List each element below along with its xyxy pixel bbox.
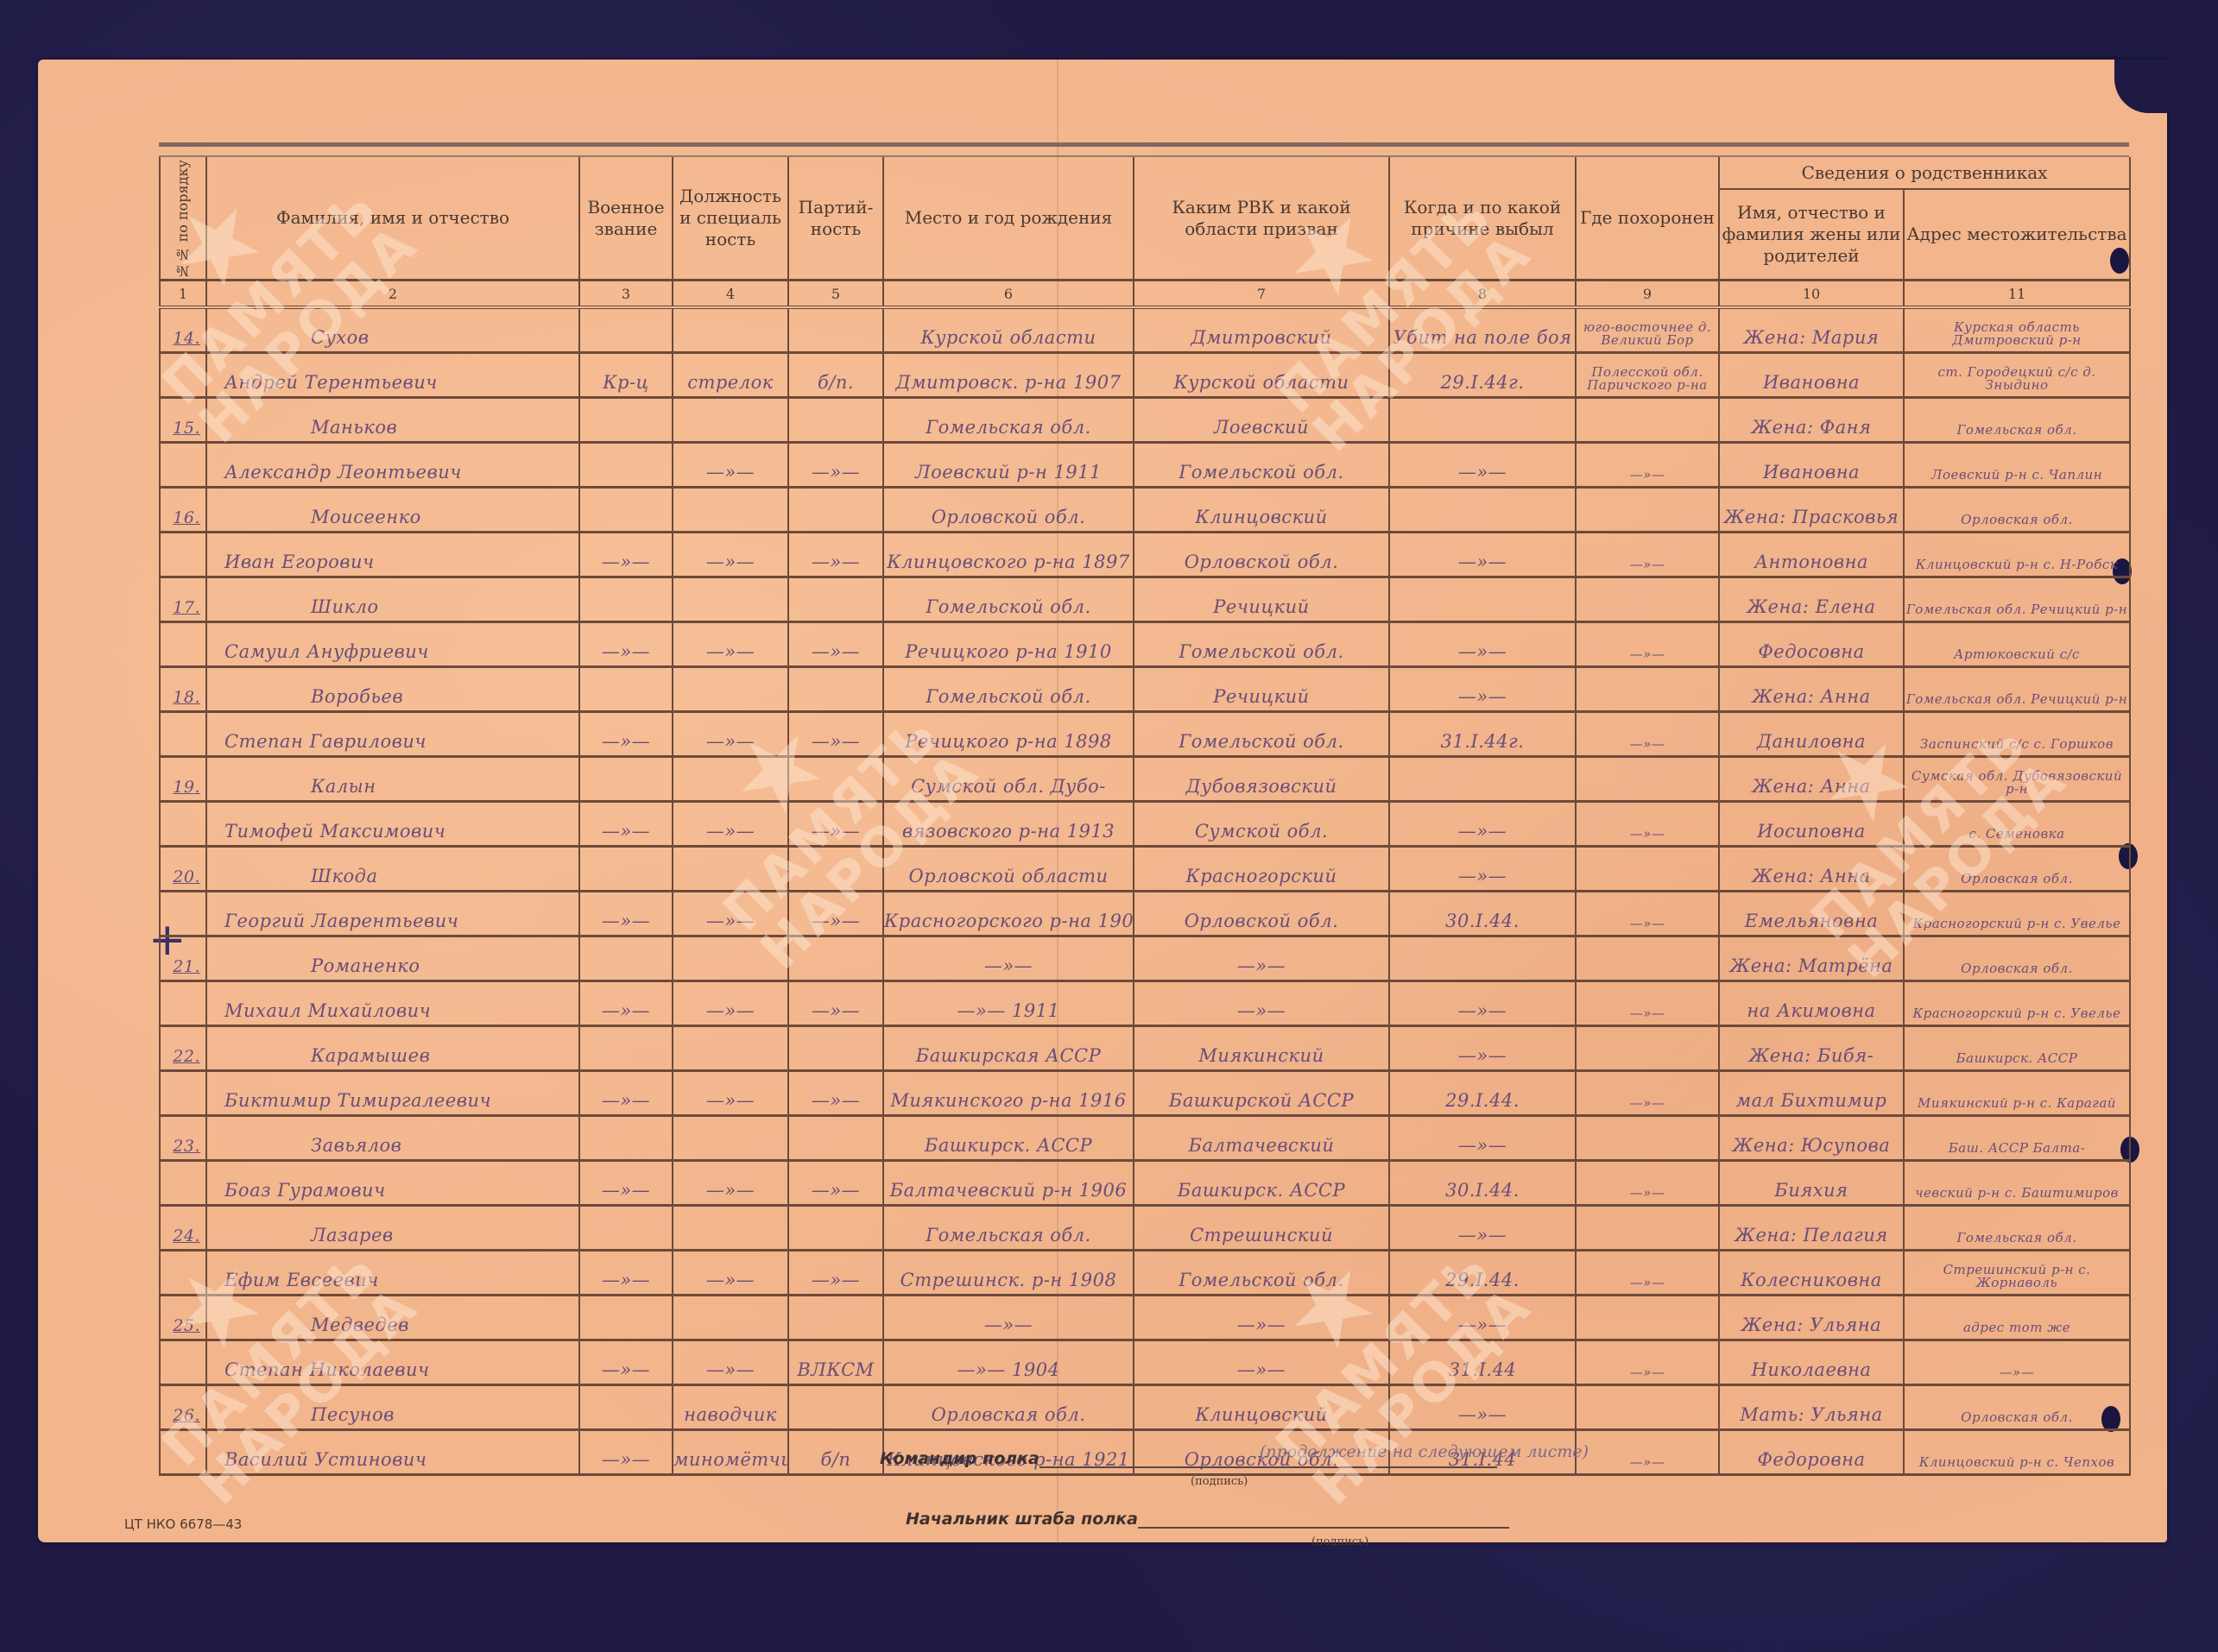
address-cell: Гомельская обл. Речицкий р-н	[1904, 667, 2130, 712]
rank-cell: —»—	[579, 802, 673, 847]
name-cell: Воробьев	[206, 667, 579, 712]
party-cell: —»—	[788, 533, 883, 577]
party-cell: —»—	[788, 802, 883, 847]
table-row: 24.√ЛазаревГомельская обл.Стрешинский—»—…	[160, 1206, 2130, 1251]
name-cell: Калын	[206, 757, 579, 802]
position-cell	[673, 488, 788, 533]
name-cell: Боаз Гурамович	[206, 1161, 579, 1206]
rank-cell	[579, 667, 673, 712]
rank-cell	[579, 847, 673, 892]
row-number-cell	[160, 981, 206, 1026]
table-row: 22.√КарамышевБашкирская АССРМиякинский—»…	[160, 1026, 2130, 1071]
dropped-cell: 29.I.44г.	[1389, 353, 1576, 398]
burial-cell: —»—	[1576, 622, 1719, 667]
rvk-cell: Орловской обл.	[1134, 892, 1389, 936]
row-number-cell	[160, 1340, 206, 1385]
party-cell	[788, 488, 883, 533]
header-rvk: Каким РВК и какой области призван	[1134, 157, 1389, 281]
position-cell	[673, 757, 788, 802]
rvk-cell: Клинцовский	[1134, 488, 1389, 533]
relative-cell: Федосовна	[1719, 622, 1904, 667]
position-cell: —»—	[673, 1161, 788, 1206]
burial-cell: —»—	[1576, 712, 1719, 757]
rvk-cell: Гомельской обл.	[1134, 443, 1389, 488]
relative-cell: Емельяновна	[1719, 892, 1904, 936]
birth-cell: —»—	[883, 1296, 1134, 1340]
position-cell: —»—	[673, 802, 788, 847]
burial-cell	[1576, 577, 1719, 622]
burial-cell	[1576, 847, 1719, 892]
row-number-cell	[160, 443, 206, 488]
row-number-cell	[160, 802, 206, 847]
address-cell: —»—	[1904, 1340, 2130, 1385]
rvk-cell: Сумской обл.	[1134, 802, 1389, 847]
position-cell: —»—	[673, 1251, 788, 1296]
chief-of-staff-label: Начальник штаба полка	[906, 1510, 1138, 1529]
check-mark-icon: √	[160, 1296, 161, 1334]
row-number-cell	[160, 712, 206, 757]
name-cell: Георгий Лаврентьевич	[206, 892, 579, 936]
rank-cell	[579, 1206, 673, 1251]
dropped-cell: —»—	[1389, 1026, 1576, 1071]
table-row: Александр Леонтьевич—»——»—Лоевский р-н 1…	[160, 443, 2130, 488]
birth-cell: Балтачевский р-н 1906	[883, 1161, 1134, 1206]
row-number: 14.	[173, 329, 200, 348]
header-birth: Место и год рождения	[883, 157, 1134, 281]
birth-cell: Орловской области	[883, 847, 1134, 892]
party-cell	[788, 757, 883, 802]
party-cell	[788, 307, 883, 353]
rvk-cell: Гомельской обл.	[1134, 712, 1389, 757]
party-cell	[788, 1116, 883, 1161]
burial-cell: —»—	[1576, 1161, 1719, 1206]
rvk-cell: Балтачевский	[1134, 1116, 1389, 1161]
birth-cell: Гомельской обл.	[883, 667, 1134, 712]
document-sheet: + №№ по порядку Фамилия, имя и отчество …	[38, 60, 2167, 1542]
row-number-cell	[160, 622, 206, 667]
birth-cell: Гомельской обл.	[883, 577, 1134, 622]
rank-cell: —»—	[579, 712, 673, 757]
relative-cell: Бияхия	[1719, 1161, 1904, 1206]
birth-cell: Сумской обл. Дубо-	[883, 757, 1134, 802]
table-row: 18.√ВоробьевГомельской обл.Речицкий—»—Же…	[160, 667, 2130, 712]
birth-cell: —»—	[883, 936, 1134, 981]
burial-cell	[1576, 1206, 1719, 1251]
rvk-cell: Миякинский	[1134, 1026, 1389, 1071]
casualty-table: №№ по порядку Фамилия, имя и отчество Во…	[159, 157, 2131, 1476]
burial-cell	[1576, 1296, 1719, 1340]
chief-of-staff-signature-line	[1138, 1527, 1509, 1529]
header-rank: Военное звание	[579, 157, 673, 281]
party-cell: —»—	[788, 981, 883, 1026]
party-cell	[788, 577, 883, 622]
address-cell: Курская область Дмитровский р-н	[1904, 307, 2130, 353]
name-cell: Маньков	[206, 398, 579, 443]
party-cell	[788, 847, 883, 892]
row-number: 26.	[173, 1406, 200, 1425]
dropped-cell	[1389, 936, 1576, 981]
column-number: 5	[788, 281, 883, 308]
name-cell: Шикло	[206, 577, 579, 622]
row-number: 22.	[173, 1047, 200, 1066]
address-cell: Башкирск. АССР	[1904, 1026, 2130, 1071]
burial-cell: —»—	[1576, 1251, 1719, 1296]
party-cell: —»—	[788, 892, 883, 936]
position-cell	[673, 577, 788, 622]
relative-cell: Жена: Фаня	[1719, 398, 1904, 443]
relative-cell: Жена: Матрёна	[1719, 936, 1904, 981]
address-cell: Гомельская обл.	[1904, 398, 2130, 443]
rvk-cell: Лоевский	[1134, 398, 1389, 443]
rank-cell: —»—	[579, 1340, 673, 1385]
party-cell: —»—	[788, 1251, 883, 1296]
position-cell	[673, 847, 788, 892]
relative-cell: Жена: Ульяна	[1719, 1296, 1904, 1340]
position-cell	[673, 1116, 788, 1161]
burial-cell	[1576, 1116, 1719, 1161]
dropped-cell: —»—	[1389, 622, 1576, 667]
check-mark-icon: √	[160, 488, 161, 526]
position-cell	[673, 307, 788, 353]
row-number-cell	[160, 533, 206, 577]
check-mark-icon: √	[160, 577, 161, 616]
chief-of-staff-signature: Начальник штаба полка	[906, 1510, 1509, 1529]
column-number: 7	[1134, 281, 1389, 308]
table-row: Андрей ТерентьевичКр-цстрелокб/п.Дмитров…	[160, 353, 2130, 398]
check-mark-icon: √	[160, 847, 161, 886]
row-number-cell: 14.√	[160, 307, 206, 353]
table-row: 25.√Медведев—»——»——»—Жена: Ульянаадрес т…	[160, 1296, 2130, 1340]
name-cell: Степан Николаевич	[206, 1340, 579, 1385]
name-cell: Биктимир Тимиргалеевич	[206, 1071, 579, 1116]
row-number-cell: 23.√	[160, 1116, 206, 1161]
rvk-cell: —»—	[1134, 936, 1389, 981]
table-row: 17.√ШиклоГомельской обл.РечицкийЖена: Ел…	[160, 577, 2130, 622]
party-cell: б/п.	[788, 353, 883, 398]
address-cell: Красногорский р-н с. Увелье	[1904, 892, 2130, 936]
position-cell	[673, 667, 788, 712]
birth-cell: Речицкого р-на 1910	[883, 622, 1134, 667]
torn-corner	[2114, 60, 2175, 113]
row-number: 18.	[173, 688, 200, 707]
name-cell: Моисеенко	[206, 488, 579, 533]
header-relative-name: Имя, отчество и фамилия жены или родител…	[1719, 189, 1904, 281]
birth-cell: Дмитровск. р-на 1907	[883, 353, 1134, 398]
party-cell	[788, 1026, 883, 1071]
relative-cell: Жена: Анна	[1719, 847, 1904, 892]
rvk-cell: Дубовязовский	[1134, 757, 1389, 802]
dropped-cell: —»—	[1389, 981, 1576, 1026]
rank-cell	[579, 757, 673, 802]
position-cell: —»—	[673, 533, 788, 577]
party-cell: —»—	[788, 443, 883, 488]
header-dropped: Когда и по какой причине выбыл	[1389, 157, 1576, 281]
header-relatives-group: Сведения о родственниках	[1719, 157, 2130, 189]
position-cell: —»—	[673, 892, 788, 936]
birth-cell: —»— 1904	[883, 1340, 1134, 1385]
birth-cell: Красногорского р-на 1905	[883, 892, 1134, 936]
birth-cell: Лоевский р-н 1911	[883, 443, 1134, 488]
birth-cell: Речицкого р-на 1898	[883, 712, 1134, 757]
row-number-cell: 21.√	[160, 936, 206, 981]
column-number: 6	[883, 281, 1134, 308]
rank-cell	[579, 936, 673, 981]
rank-cell	[579, 443, 673, 488]
table-row: Степан Николаевич—»——»—ВЛКСМ—»— 1904—»—3…	[160, 1340, 2130, 1385]
dropped-cell	[1389, 398, 1576, 443]
row-number-cell: 17.√	[160, 577, 206, 622]
dropped-cell	[1389, 757, 1576, 802]
header-party: Партий- ность	[788, 157, 883, 281]
address-cell: Красногорский р-н с. Увелье	[1904, 981, 2130, 1026]
row-number: 19.	[173, 778, 200, 797]
check-mark-icon: √	[160, 1385, 161, 1424]
table-row: 16.√МоисеенкоОрловской обл.КлинцовскийЖе…	[160, 488, 2130, 533]
relative-cell: Жена: Прасковья	[1719, 488, 1904, 533]
address-cell: Гомельская обл. Речицкий р-н	[1904, 577, 2130, 622]
row-number-cell: 24.√	[160, 1206, 206, 1251]
name-cell: Завьялов	[206, 1116, 579, 1161]
birth-cell: Клинцовского р-на 1897	[883, 533, 1134, 577]
relative-cell: Колесниковна	[1719, 1251, 1904, 1296]
address-cell: чевский р-н с. Баштимиров	[1904, 1161, 2130, 1206]
address-cell: Гомельская обл.	[1904, 1206, 2130, 1251]
column-number: 4	[673, 281, 788, 308]
dropped-cell: —»—	[1389, 667, 1576, 712]
burial-cell: —»—	[1576, 892, 1719, 936]
party-cell	[788, 1296, 883, 1340]
dropped-cell	[1389, 488, 1576, 533]
dropped-cell: —»—	[1389, 1296, 1576, 1340]
row-number: 15.	[173, 419, 200, 438]
rvk-cell: Красногорский	[1134, 847, 1389, 892]
dropped-cell: —»—	[1389, 1206, 1576, 1251]
column-number-row: 1234567891011	[160, 281, 2130, 308]
party-cell	[788, 1206, 883, 1251]
rvk-cell: Речицкий	[1134, 667, 1389, 712]
relative-cell: на Акимовна	[1719, 981, 1904, 1026]
rvk-cell: Стрешинский	[1134, 1206, 1389, 1251]
burial-cell: —»—	[1576, 443, 1719, 488]
birth-cell: Гомельская обл.	[883, 398, 1134, 443]
relative-cell: мал Бихтимир	[1719, 1071, 1904, 1116]
row-number-cell	[160, 353, 206, 398]
rank-cell	[579, 307, 673, 353]
name-cell: Тимофей Максимович	[206, 802, 579, 847]
check-mark-icon: √	[160, 307, 161, 346]
table-row: Иван Егорович—»——»——»—Клинцовского р-на …	[160, 533, 2130, 577]
party-cell: —»—	[788, 1161, 883, 1206]
position-cell: —»—	[673, 1340, 788, 1385]
birth-cell: Гомельская обл.	[883, 1206, 1134, 1251]
column-number: 8	[1389, 281, 1576, 308]
table-row: 20.√ШкодаОрловской областиКрасногорский—…	[160, 847, 2130, 892]
continuation-note: (продолжение на следующем листе)	[1260, 1442, 1589, 1461]
form-code: ЦТ НКО 6678—43	[124, 1516, 242, 1532]
rank-cell	[579, 577, 673, 622]
name-cell: Карамышев	[206, 1026, 579, 1071]
burial-cell	[1576, 757, 1719, 802]
row-number-cell: 22.√	[160, 1026, 206, 1071]
rvk-cell: Гомельской обл.	[1134, 622, 1389, 667]
rank-cell	[579, 398, 673, 443]
check-mark-icon: √	[160, 1206, 161, 1245]
relative-cell: Жена: Юсупова	[1719, 1116, 1904, 1161]
check-mark-icon: √	[160, 757, 161, 796]
check-mark-icon: √	[160, 398, 161, 437]
dropped-cell: —»—	[1389, 1116, 1576, 1161]
signature-caption: (подпись)	[1191, 1475, 1248, 1488]
relative-cell: Антоновна	[1719, 533, 1904, 577]
table-row: Степан Гаврилович—»——»——»—Речицкого р-на…	[160, 712, 2130, 757]
address-cell: с. Семеновка	[1904, 802, 2130, 847]
burial-cell: —»—	[1576, 981, 1719, 1026]
column-number: 1	[160, 281, 206, 308]
party-cell	[788, 398, 883, 443]
rvk-cell: Речицкий	[1134, 577, 1389, 622]
address-cell: Орловская обл.	[1904, 488, 2130, 533]
row-number-cell: 25.√	[160, 1296, 206, 1340]
table-row: Биктимир Тимиргалеевич—»——»——»—Миякинско…	[160, 1071, 2130, 1116]
table-row: Георгий Лаврентьевич—»——»——»—Красногорск…	[160, 892, 2130, 936]
birth-cell: Миякинского р-на 1916	[883, 1071, 1134, 1116]
position-cell	[673, 1206, 788, 1251]
position-cell	[673, 936, 788, 981]
name-cell: Андрей Терентьевич	[206, 353, 579, 398]
rvk-cell: —»—	[1134, 981, 1389, 1026]
column-number: 3	[579, 281, 673, 308]
dropped-cell: 29.I.44.	[1389, 1071, 1576, 1116]
rank-cell: —»—	[579, 533, 673, 577]
row-number: 20.	[173, 867, 200, 886]
dropped-cell: —»—	[1389, 443, 1576, 488]
burial-cell	[1576, 398, 1719, 443]
column-number: 9	[1576, 281, 1719, 308]
table-row: 21.√Романенко—»——»—Жена: МатрёнаОрловска…	[160, 936, 2130, 981]
position-cell: —»—	[673, 712, 788, 757]
table-row: 15.√МаньковГомельская обл.ЛоевскийЖена: …	[160, 398, 2130, 443]
position-cell: —»—	[673, 622, 788, 667]
dropped-cell: 30.I.44.	[1389, 892, 1576, 936]
address-cell: Орловская обл.	[1904, 847, 2130, 892]
address-cell: Клинцовский р-н с. Н-Робск	[1904, 533, 2130, 577]
rank-cell: Кр-ц	[579, 353, 673, 398]
address-cell: Артюковский с/с	[1904, 622, 2130, 667]
relative-cell: Ивановна	[1719, 353, 1904, 398]
name-cell: Михаил Михайлович	[206, 981, 579, 1026]
birth-cell: Башкирская АССР	[883, 1026, 1134, 1071]
row-number-cell	[160, 1161, 206, 1206]
burial-cell: —»—	[1576, 802, 1719, 847]
column-number: 10	[1719, 281, 1904, 308]
birth-cell: Стрешинск. р-н 1908	[883, 1251, 1134, 1296]
dropped-cell: —»—	[1389, 847, 1576, 892]
address-cell: Заспинский с/с с. Горшков	[1904, 712, 2130, 757]
relative-cell: Николаевна	[1719, 1340, 1904, 1385]
burial-cell: Полесской обл. Паричского р-на	[1576, 353, 1719, 398]
position-cell	[673, 1026, 788, 1071]
table-row: 23.√ЗавьяловБашкирск. АССРБалтачевский—»…	[160, 1116, 2130, 1161]
check-mark-icon: √	[160, 1116, 161, 1155]
name-cell: Степан Гаврилович	[206, 712, 579, 757]
table-row: Ефим Евсеевич—»——»——»—Стрешинск. р-н 190…	[160, 1251, 2130, 1296]
name-cell: Медведев	[206, 1296, 579, 1340]
relative-cell: Ивановна	[1719, 443, 1904, 488]
party-cell: —»—	[788, 622, 883, 667]
position-cell: —»—	[673, 1071, 788, 1116]
birth-cell: —»— 1911	[883, 981, 1134, 1026]
position-cell: —»—	[673, 981, 788, 1026]
row-number: 25.	[173, 1316, 200, 1335]
row-number: 21.	[173, 957, 200, 976]
burial-cell: —»—	[1576, 1071, 1719, 1116]
header-position: Должность и специаль ность	[673, 157, 788, 281]
table-row: Боаз Гурамович—»——»——»—Балтачевский р-н …	[160, 1161, 2130, 1206]
check-mark-icon: √	[160, 667, 161, 706]
signature-caption: (подпись)	[1311, 1535, 1368, 1548]
rank-cell	[579, 1296, 673, 1340]
rank-cell: —»—	[579, 1161, 673, 1206]
birth-cell: Башкирск. АССР	[883, 1116, 1134, 1161]
dropped-cell: Убит на поле боя	[1389, 307, 1576, 353]
relative-cell: Иосиповна	[1719, 802, 1904, 847]
table-row: Тимофей Максимович—»——»——»—вязовского р-…	[160, 802, 2130, 847]
name-cell: Шкода	[206, 847, 579, 892]
row-number-cell: 19.√	[160, 757, 206, 802]
rvk-cell: —»—	[1134, 1296, 1389, 1340]
relative-cell: Жена: Анна	[1719, 757, 1904, 802]
position-cell	[673, 1296, 788, 1340]
table-row: 19.√КалынСумской обл. Дубо-Дубовязовский…	[160, 757, 2130, 802]
top-rule	[159, 142, 2129, 157]
signature-block: Командир полка (подпись) (продолжение на…	[38, 1423, 2167, 1544]
dropped-cell: —»—	[1389, 802, 1576, 847]
row-number-cell	[160, 1251, 206, 1296]
rvk-cell: Орловской обл.	[1134, 533, 1389, 577]
party-cell: ВЛКСМ	[788, 1340, 883, 1385]
relative-cell: Жена: Пелагия	[1719, 1206, 1904, 1251]
birth-cell: Курской области	[883, 307, 1134, 353]
name-cell: Лазарев	[206, 1206, 579, 1251]
rank-cell: —»—	[579, 622, 673, 667]
row-number-cell: 18.√	[160, 667, 206, 712]
name-cell: Ефим Евсеевич	[206, 1251, 579, 1296]
address-cell: Сумская обл. Дубовязовский р-н	[1904, 757, 2130, 802]
header-full-name: Фамилия, имя и отчество	[206, 157, 579, 281]
rank-cell: —»—	[579, 981, 673, 1026]
relative-cell: Жена: Бибя-	[1719, 1026, 1904, 1071]
rank-cell	[579, 488, 673, 533]
position-cell: —»—	[673, 443, 788, 488]
rank-cell: —»—	[579, 1251, 673, 1296]
address-cell: Стрешинский р-н с. Жорнаволь	[1904, 1251, 2130, 1296]
rvk-cell: Дмитровский	[1134, 307, 1389, 353]
header-buried: Где похоронен	[1576, 157, 1719, 281]
column-number: 11	[1904, 281, 2130, 308]
row-number: 24.	[173, 1226, 200, 1245]
name-cell: Самуил Ануфриевич	[206, 622, 579, 667]
commander-signature-line	[1039, 1466, 1497, 1468]
dropped-cell: 31.I.44	[1389, 1340, 1576, 1385]
birth-cell: вязовского р-на 1913	[883, 802, 1134, 847]
dropped-cell: —»—	[1389, 533, 1576, 577]
relative-cell: Жена: Анна	[1719, 667, 1904, 712]
position-cell	[673, 398, 788, 443]
row-number-cell: 15.√	[160, 398, 206, 443]
rank-cell	[579, 1116, 673, 1161]
table-row: 14.√СуховКурской областиДмитровскийУбит …	[160, 307, 2130, 353]
burial-cell	[1576, 667, 1719, 712]
